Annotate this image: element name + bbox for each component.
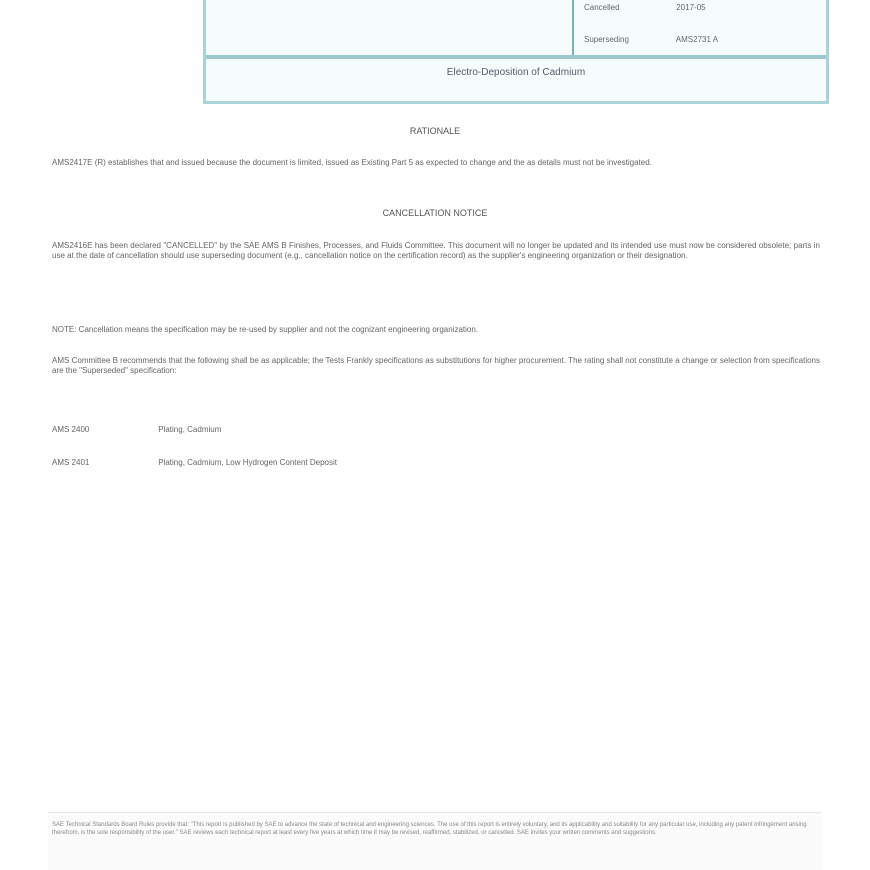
reference-code: AMS 2401 [52,458,156,467]
cancellation-note: NOTE: Cancellation means the specificati… [52,325,820,335]
field-value: AMS2731 A [676,35,718,44]
reference-title: Plating, Cadmium, Low Hydrogen Content D… [158,458,337,467]
replacement-text: AMS Committee B recommends that the foll… [52,356,820,376]
reference-code: AMS 2400 [52,425,156,434]
reference-item: AMS 2401 Plating, Cadmium, Low Hydrogen … [52,458,337,467]
superseding-field: Superseding AMS2731 A [584,35,718,44]
reference-item: AMS 2400 Plating, Cadmium [52,425,221,434]
header-logo-area [206,0,572,55]
field-label: Superseding [584,35,674,44]
header-top-row: Cancelled 2017-05 Superseding AMS2731 A [206,0,826,59]
reference-title: Plating, Cadmium [158,425,221,434]
field-label: Cancelled [584,3,674,12]
document-title: Electro-Deposition of Cadmium [206,67,826,78]
rationale-text: AMS2417E (R) establishes that and issued… [52,158,820,168]
rationale-heading: RATIONALE [0,126,870,136]
cancellation-text: AMS2416E has been declared "CANCELLED" b… [52,241,820,261]
cancellation-heading: CANCELLATION NOTICE [0,208,870,218]
document-header: Cancelled 2017-05 Superseding AMS2731 A … [203,0,829,104]
cancelled-field: Cancelled 2017-05 [584,3,706,12]
legal-footer: SAE Technical Standards Board Rules prov… [48,812,822,870]
header-info-box: Cancelled 2017-05 Superseding AMS2731 A [572,0,826,55]
field-value: 2017-05 [676,3,705,12]
